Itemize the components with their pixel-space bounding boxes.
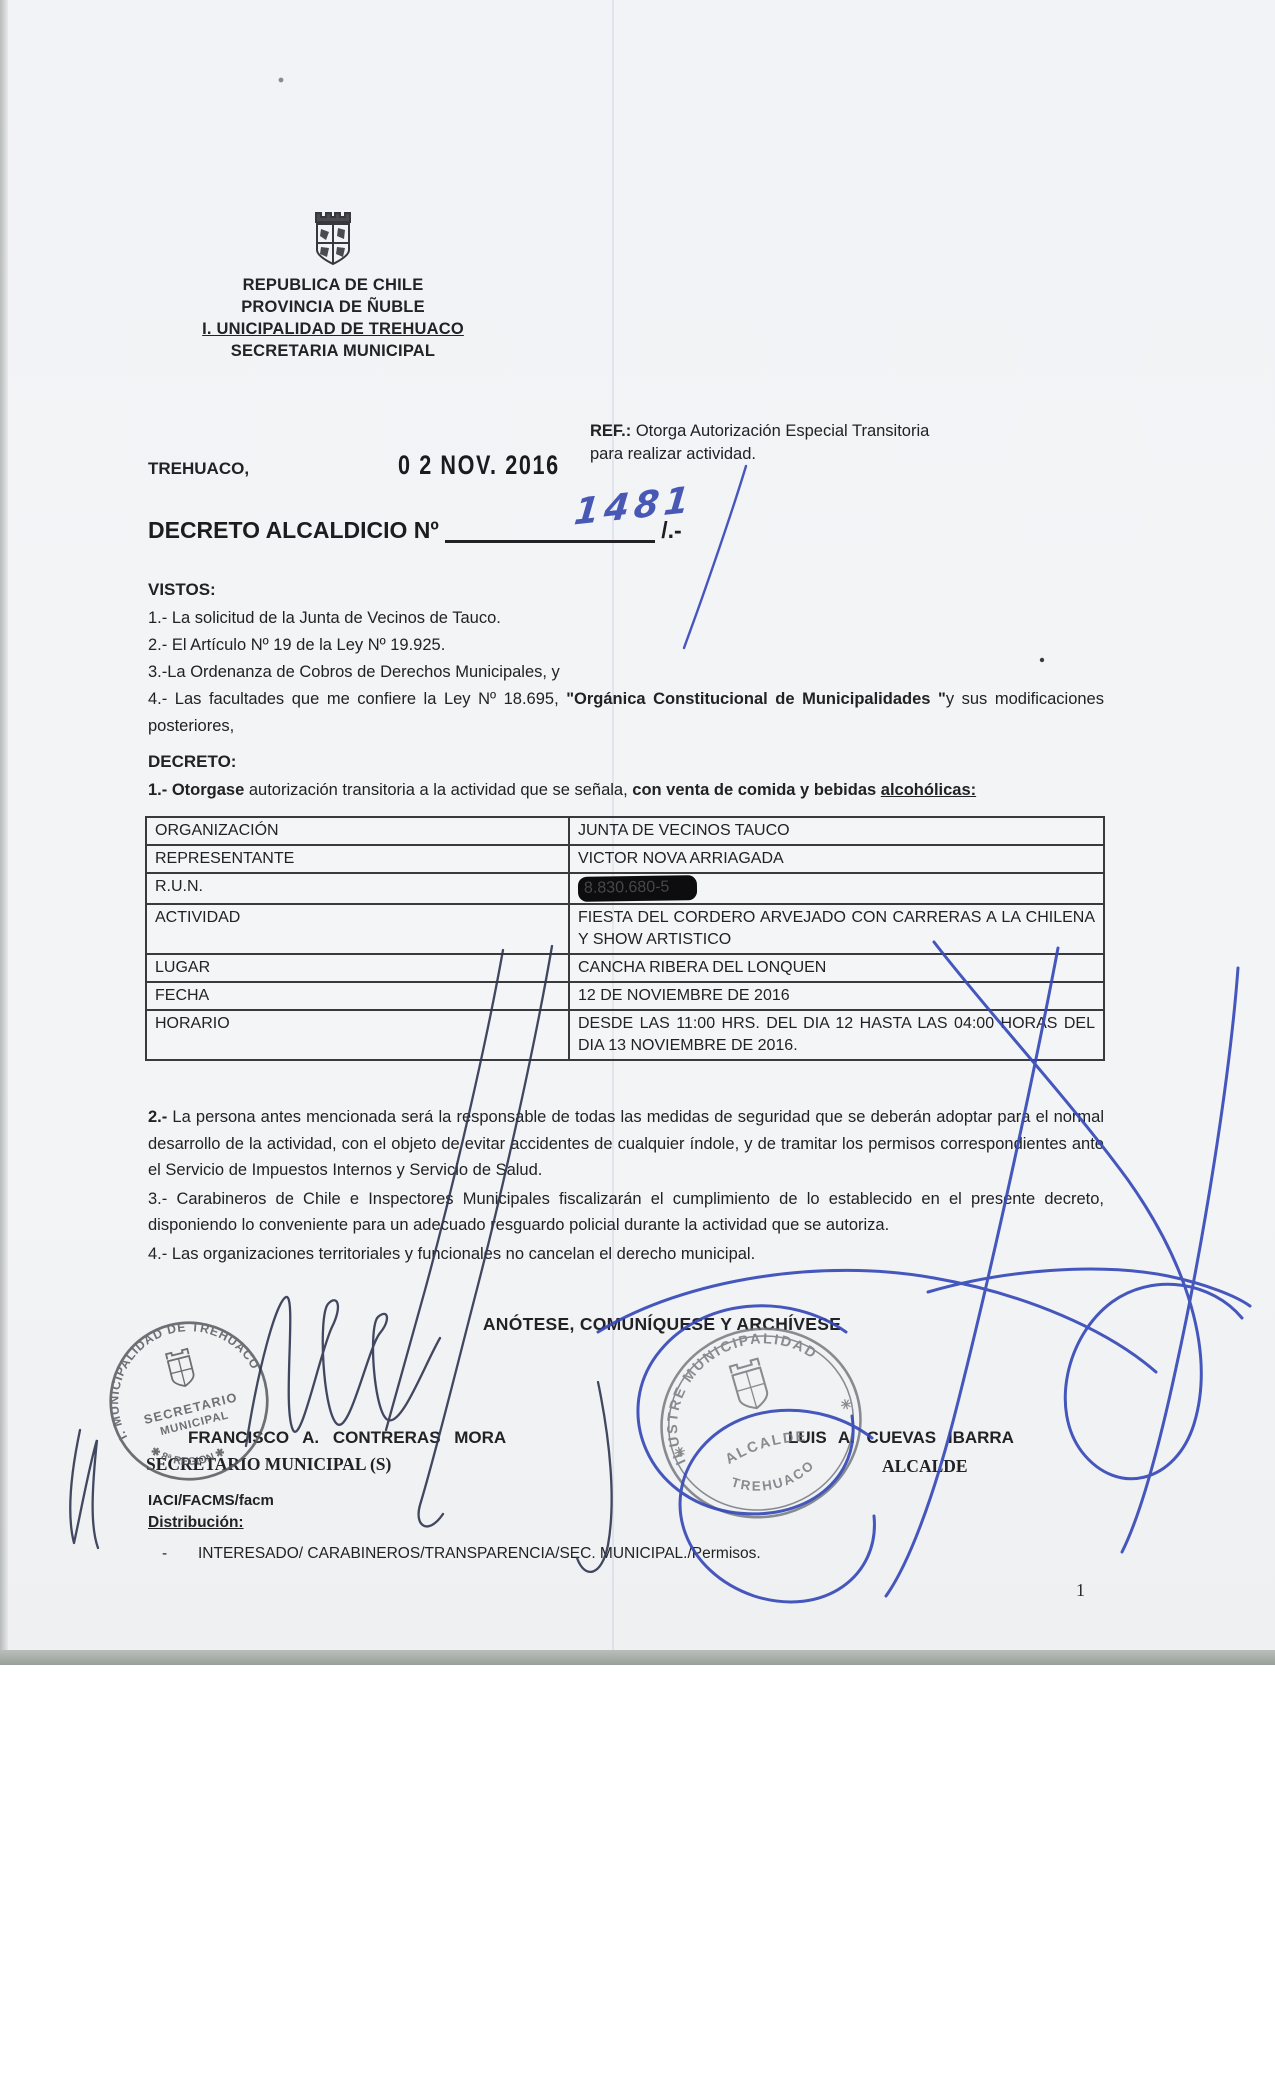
row-label: ACTIVIDAD (147, 905, 570, 953)
row-label: LUGAR (147, 955, 570, 981)
vistos-item4-pre: 4.- Las facultades que me confiere la Le… (148, 690, 566, 708)
decree-title-label: DECRETO ALCALDICIO Nº (148, 517, 439, 543)
letterhead-line: SECRETARIA MUNICIPAL (163, 340, 503, 362)
row-label: HORARIO (147, 1011, 570, 1059)
letterhead-line: I. UNICIPALIDAD DE TREHUACO (163, 318, 503, 340)
table-row: LUGAR CANCHA RIBERA DEL LONQUEN (147, 953, 1103, 981)
table-row: REPRESENTANTE VICTOR NOVA ARRIAGADA (147, 844, 1103, 872)
stamp-center-text: ALCALDE (721, 1423, 812, 1468)
paragraph-2-text: La persona antes mencionada será la resp… (148, 1108, 1104, 1179)
ref-text-line2: para realizar actividad. (590, 443, 1020, 466)
stamp-asterisk: ✳ (839, 1396, 854, 1414)
decreto-p1-underlined: alcohólicas: (881, 781, 976, 799)
svg-text:ALCALDE: ALCALDE (721, 1423, 812, 1468)
decreto-heading: DECRETO: (148, 752, 236, 772)
scan-left-edge (0, 0, 8, 1650)
date-stamp: 0 2 NOV. 2016 (398, 450, 560, 481)
paragraph-2-lead: 2.- (148, 1108, 167, 1126)
vistos-item4-bold: "Orgánica Constitucional de Municipalida… (566, 690, 946, 708)
svg-text:✱ 8ª REGION ✱: ✱ 8ª REGION ✱ (146, 1428, 228, 1478)
table-row: ACTIVIDAD FIESTA DEL CORDERO ARVEJADO CO… (147, 903, 1103, 953)
decree-body: 2.- La persona antes mencionada será la … (148, 1104, 1104, 1269)
distribution-text: INTERESADO/ CARABINEROS/TRANSPARENCIA/SE… (198, 1545, 761, 1562)
decreto-p1-bold: con venta de comida y bebidas (632, 781, 881, 799)
vistos-item: 3.-La Ordenanza de Cobros de Derechos Mu… (148, 659, 1104, 686)
row-value: CANCHA RIBERA DEL LONQUEN (570, 955, 1103, 981)
vistos-item: 1.- La solicitud de la Junta de Vecinos … (148, 605, 1104, 632)
vistos-item: 4.- Las facultades que me confiere la Le… (148, 686, 1104, 740)
vistos-list: 1.- La solicitud de la Junta de Vecinos … (148, 605, 1104, 740)
vistos-heading: VISTOS: (148, 580, 216, 600)
ref-text-line1: Otorga Autorización Especial Transitoria (631, 422, 929, 440)
table-row: FECHA 12 DE NOVIEMBRE DE 2016 (147, 981, 1103, 1009)
authorization-table: ORGANIZACIÓN JUNTA DE VECINOS TAUCO REPR… (145, 816, 1105, 1061)
row-value: VICTOR NOVA ARRIAGADA (570, 846, 1103, 872)
row-label: FECHA (147, 983, 570, 1009)
ref-label: REF.: (590, 422, 631, 440)
distribution-item: -INTERESADO/ CARABINEROS/TRANSPARENCIA/S… (162, 1545, 761, 1563)
row-value: 8.830.680-5 (570, 874, 1103, 903)
paper-bottom-shadow (0, 1650, 1275, 1665)
table-row: R.U.N. 8.830.680-5 (147, 872, 1103, 903)
redaction-box: 8.830.680-5 (578, 875, 698, 902)
table-row: HORARIO DESDE LAS 11:00 HRS. DEL DIA 12 … (147, 1009, 1103, 1059)
stamp-ring-bottom-text: ✱ 8ª REGION ✱ (146, 1428, 228, 1478)
row-value: JUNTA DE VECINOS TAUCO (570, 818, 1103, 844)
decreto-p1-lead: 1.- Otorgase (148, 781, 244, 799)
table-row: ORGANIZACIÓN JUNTA DE VECINOS TAUCO (147, 818, 1103, 844)
mayor-title: ALCALDE (882, 1456, 968, 1477)
municipal-coat-of-arms-icon (307, 206, 359, 270)
closing-order-line: ANÓTESE, COMUNÍQUESE Y ARCHÍVESE (184, 1314, 1140, 1335)
dateline-city: TREHUACO, (148, 459, 249, 479)
row-value: FIESTA DEL CORDERO ARVEJADO CON CARRERAS… (570, 905, 1103, 953)
decreto-paragraph-1: 1.- Otorgase autorización transitoria a … (148, 777, 1104, 803)
distribution-label: Distribución: (148, 1514, 244, 1532)
scanned-document-page: REPUBLICA DE CHILE PROVINCIA DE ÑUBLE I.… (0, 0, 1275, 2100)
paragraph-2: 2.- La persona antes mencionada será la … (148, 1104, 1104, 1184)
decreto-p1-mid: autorización transitoria a la actividad … (244, 781, 632, 799)
vistos-item: 2.- El Artículo Nº 19 de la Ley Nº 19.92… (148, 632, 1104, 659)
page-number: 1 (1076, 1580, 1085, 1601)
paragraph-3: 3.- Carabineros de Chile e Inspectores M… (148, 1186, 1104, 1239)
row-value: DESDE LAS 11:00 HRS. DEL DIA 12 HASTA LA… (570, 1011, 1103, 1059)
distribution-dash: - (162, 1545, 198, 1563)
row-label: ORGANIZACIÓN (147, 818, 570, 844)
letterhead: REPUBLICA DE CHILE PROVINCIA DE ÑUBLE I.… (163, 274, 503, 362)
ref-block: REF.: Otorga Autorización Especial Trans… (590, 420, 1020, 466)
row-value: 12 DE NOVIEMBRE DE 2016 (570, 983, 1103, 1009)
row-label: R.U.N. (147, 874, 570, 903)
letterhead-line: PROVINCIA DE ÑUBLE (163, 296, 503, 318)
paragraph-4: 4.- Las organizaciones territoriales y f… (148, 1241, 1104, 1268)
letterhead-line: REPUBLICA DE CHILE (163, 274, 503, 296)
row-label: REPRESENTANTE (147, 846, 570, 872)
